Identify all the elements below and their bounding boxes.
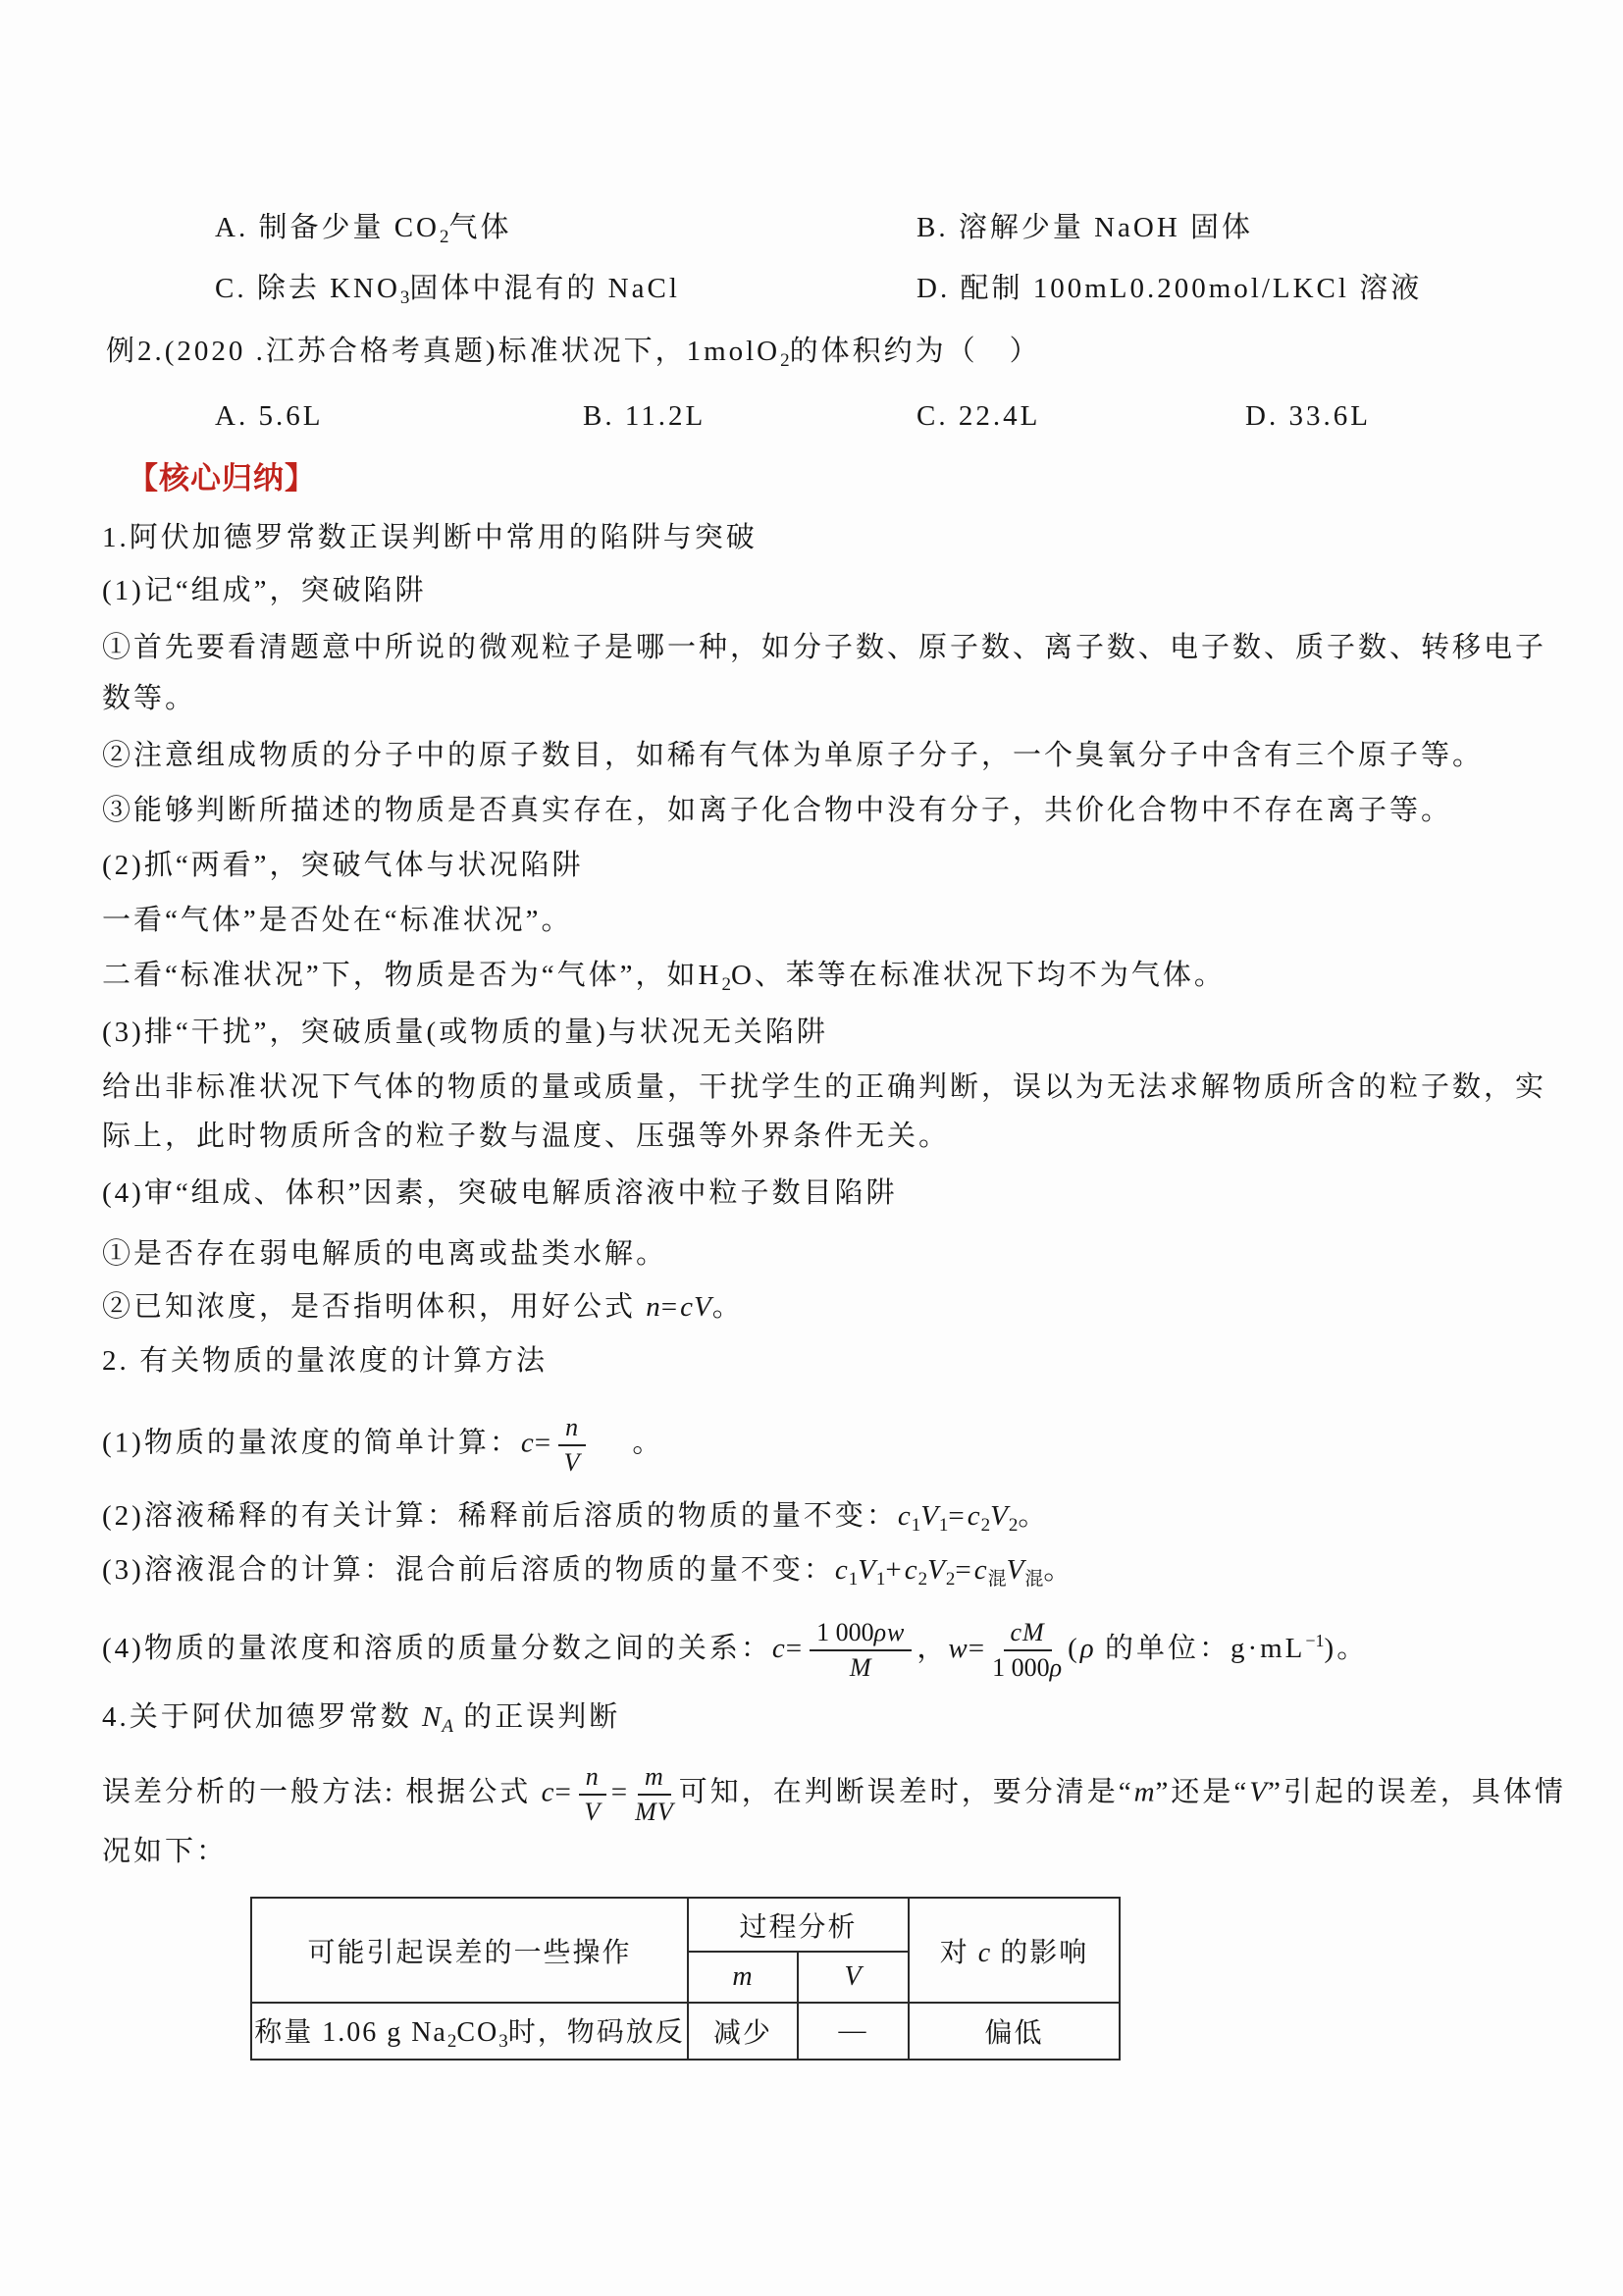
text-run: 误差分析的一般方法: 根据公式: [102, 1777, 542, 1808]
text-run: D. 33.6L: [1245, 400, 1371, 432]
variable: cV: [680, 1291, 712, 1323]
variable: c: [898, 1500, 912, 1532]
variable: V: [564, 1448, 581, 1477]
text-run: ①是否存在弱电解质的电离或盐类水解。: [102, 1238, 667, 1270]
option-d: D. 33.6L: [1245, 390, 1371, 443]
variable: c: [542, 1777, 555, 1808]
option-c: C. 除去 KNO3固体中混有的 NaCl: [215, 262, 680, 315]
table-cell-operation: 称量 1.06 g Na2CO3时，物码放反: [251, 2003, 688, 2060]
text-run: (4)物质的量浓度和溶质的质量分数之间的关系：: [102, 1633, 772, 1664]
formula-line: (2)溶液稀释的有关计算：稀释前后溶质的物质的量不变：c1V1=c2V2。: [102, 1489, 1544, 1542]
text-run: 的影响: [991, 1938, 1088, 1968]
text-run: ”引起的误差，具体情: [1268, 1777, 1566, 1808]
text-line: 1.阿伏加德罗常数正误判断中常用的陷阱与突破: [102, 511, 1544, 564]
text-run: 2. 有关物质的量浓度的计算方法: [102, 1345, 548, 1377]
subscript: 1: [912, 1515, 921, 1536]
fraction: 1 000ρwM: [810, 1618, 912, 1683]
text-run: 【核心归纳】: [128, 461, 316, 496]
variable: c: [905, 1554, 918, 1586]
subscript: 2: [447, 2031, 457, 2052]
text-run: (3)排“干扰”，突破质量(或物质的量)与状况无关陷阱: [102, 1017, 828, 1048]
text-run: =: [554, 1777, 573, 1808]
text-run: ③能够判断所描述的物质是否真实存在，如离子化合物中没有分子，共价化合物中不存在离…: [102, 795, 1452, 826]
text-line: (3)排“干扰”，突破质量(或物质的量)与状况无关陷阱: [102, 1006, 1544, 1059]
variable: V: [584, 1798, 601, 1826]
text-line: 况如下：: [102, 1825, 1544, 1878]
example1-options-row1: A. 制备少量 CO2气体B. 溶解少量 NaOH 固体: [102, 201, 1544, 254]
variable: c: [521, 1428, 535, 1459]
table-header-operations: 可能引起误差的一些操作: [251, 1898, 688, 2003]
variable: n: [586, 1762, 600, 1791]
text-run: 。: [1043, 1554, 1074, 1586]
document-page: A. 制备少量 CO2气体B. 溶解少量 NaOH 固体C. 除去 KNO3固体…: [0, 0, 1623, 2296]
table-row: 可能引起误差的一些操作过程分析对 c 的影响: [251, 1898, 1120, 1952]
variable: c: [772, 1633, 786, 1664]
text-run: =: [948, 1500, 967, 1532]
variable: ρw: [874, 1618, 906, 1646]
text-run: +: [885, 1554, 904, 1586]
text-run: C. 除去 KNO: [215, 273, 400, 304]
option-b: B. 溶解少量 NaOH 固体: [916, 201, 1253, 254]
text-run: 1 000: [992, 1653, 1050, 1682]
text-run: 减少: [713, 2018, 772, 2049]
variable: c: [978, 1938, 991, 1968]
text-run: CO: [456, 2017, 498, 2048]
text-run: =: [611, 1777, 630, 1808]
text-line: 2. 有关物质的量浓度的计算方法: [102, 1334, 1544, 1387]
fraction: nV: [579, 1762, 606, 1827]
text-run: =: [786, 1633, 805, 1664]
variable: V: [1007, 1554, 1025, 1586]
text-run: ，: [916, 1633, 948, 1664]
text-run: (4)审“组成、体积”因素，突破电解质溶液中粒子数目陷阱: [102, 1177, 898, 1209]
variable: MV: [635, 1798, 674, 1826]
text-run: 一看“气体”是否处在“标准状况”。: [102, 905, 573, 936]
text-run: O、苯等在标准状况下均不为气体。: [731, 960, 1226, 991]
text-run: 数等。: [102, 683, 196, 714]
text-line: 给出非标准状况下气体的物质的量或质量，干扰学生的正确判断，误以为无法求解物质所含…: [102, 1061, 1544, 1114]
subscript: 混: [1024, 1569, 1043, 1590]
option-d: D. 配制 100mL0.200mol/LKCl 溶液: [916, 262, 1422, 315]
option-a: A. 制备少量 CO2气体: [215, 201, 512, 254]
subscript: 1: [939, 1515, 949, 1536]
variable: c: [968, 1500, 981, 1532]
text-run: C. 22.4L: [916, 400, 1040, 432]
subscript: 1: [876, 1569, 886, 1590]
text-run: (2)溶液稀释的有关计算：稀释前后溶质的物质的量不变：: [102, 1500, 898, 1532]
error-analysis-table: 可能引起误差的一些操作过程分析对 c 的影响mV称量 1.06 g Na2CO3…: [250, 1897, 1121, 2061]
text-run: 称量 1.06 g Na: [254, 2017, 447, 2048]
text-run: 可知，在判断误差时，要分清是“: [679, 1777, 1134, 1808]
text-line: ③能够判断所描述的物质是否真实存在，如离子化合物中没有分子，共价化合物中不存在离…: [102, 784, 1544, 837]
variable: m: [1134, 1777, 1156, 1808]
text-line: 际上，此时物质所含的粒子数与温度、压强等外界条件无关。: [102, 1110, 1544, 1163]
text-run: 况如下：: [102, 1836, 228, 1867]
variable: w: [948, 1633, 968, 1664]
variable: n: [646, 1291, 661, 1323]
subscript: 1: [849, 1569, 859, 1590]
text-run: 对: [940, 1938, 978, 1968]
formula-line: ②已知浓度，是否指明体积，用好公式 n=cV。: [102, 1280, 1544, 1333]
option-c: C. 22.4L: [916, 390, 1040, 443]
text-run: =: [969, 1633, 987, 1664]
subscript: 2: [780, 350, 790, 371]
text-line: ①首先要看清题意中所说的微观粒子是哪一种，如分子数、原子数、离子数、电子数、质子…: [102, 621, 1544, 674]
subscript: 3: [498, 2031, 508, 2052]
text-run: 。: [1018, 1500, 1049, 1532]
subscript: 2: [1009, 1515, 1019, 1536]
variable: V: [1249, 1777, 1268, 1808]
subscript: 混: [988, 1569, 1007, 1590]
table-header-process-analysis: 过程分析: [688, 1898, 909, 1952]
table-row: 称量 1.06 g Na2CO3时，物码放反减少—偏低: [251, 2003, 1120, 2060]
text-run: 过程分析: [739, 1912, 857, 1943]
fraction: cM1 000ρ: [992, 1618, 1063, 1683]
text-run: 气体: [448, 212, 511, 243]
text-run: 4.关于阿伏加德罗常数: [102, 1701, 422, 1733]
variable: V: [927, 1554, 946, 1586]
variable: n: [565, 1413, 579, 1441]
fraction: nV: [558, 1413, 586, 1478]
variable: V: [858, 1554, 876, 1586]
subscript: 3: [400, 287, 410, 308]
formula-line: (4)物质的量浓度和溶质的质量分数之间的关系：c=1 000ρwM，w=cM1 …: [102, 1614, 1544, 1667]
text-run: (1)物质的量浓度的简单计算：: [102, 1428, 521, 1459]
text-line: (2)抓“两看”，突破气体与状况陷阱: [102, 839, 1544, 892]
text-run: B. 溶解少量 NaOH 固体: [916, 212, 1253, 243]
text-run: 的正误判断: [453, 1701, 620, 1733]
variable: m: [645, 1762, 664, 1791]
superscript: −1: [1305, 1631, 1324, 1650]
text-line: (1)记“组成”，突破陷阱: [102, 564, 1544, 617]
fraction: mMV: [635, 1762, 674, 1827]
formula-line: (1)物质的量浓度的简单计算：c=nV 。: [102, 1413, 1544, 1466]
text-run: 例2.(2020 .江苏合格考真题)标准状况下，1molO: [106, 336, 780, 367]
text-run: 可能引起误差的一些操作: [307, 1938, 631, 1968]
text-run: A. 5.6L: [215, 400, 323, 432]
table-subheader-m: m: [688, 1952, 798, 2003]
text-line: 4.关于阿伏加德罗常数 NA 的正误判断: [102, 1691, 1544, 1744]
text-line: 数等。: [102, 672, 1544, 725]
text-run: =: [535, 1428, 553, 1459]
example2-options: A. 5.6LB. 11.2LC. 22.4LD. 33.6L: [102, 390, 1544, 443]
text-line: 一看“气体”是否处在“标准状况”。: [102, 894, 1544, 947]
text-run: 偏低: [984, 2018, 1043, 2049]
section-header-core-summary: 【核心归纳】: [128, 452, 1570, 505]
text-line: ②注意组成物质的分子中的原子数目，如稀有气体为单原子分子，一个臭氧分子中含有三个…: [102, 729, 1544, 782]
variable: M: [850, 1653, 872, 1682]
variable: ρ: [1050, 1653, 1063, 1682]
text-run: ①首先要看清题意中所说的微观粒子是哪一种，如分子数、原子数、离子数、电子数、质子…: [102, 632, 1546, 663]
text-run: 二看“标准状况”下，物质是否为“气体”，如H: [102, 960, 721, 991]
text-run: (3)溶液混合的计算：混合前后溶质的物质的量不变：: [102, 1554, 835, 1586]
variable: c: [974, 1554, 988, 1586]
text-line: (4)审“组成、体积”因素，突破电解质溶液中粒子数目陷阱: [102, 1167, 1544, 1220]
variable: N: [422, 1701, 442, 1733]
text-run: (: [1068, 1633, 1080, 1664]
text-run: 时，物码放反: [508, 2017, 685, 2048]
table-cell-m-change: 减少: [688, 2003, 798, 2060]
text-run: —: [839, 2015, 868, 2046]
text-run: 1 000: [816, 1618, 874, 1646]
text-run: D. 配制 100mL0.200mol/LKCl 溶液: [916, 273, 1422, 304]
subscript: 2: [981, 1515, 991, 1536]
option-a: A. 5.6L: [215, 390, 323, 443]
text-run: A. 制备少量 CO: [215, 212, 440, 243]
text-run: =: [661, 1291, 680, 1323]
text-run: (1)记“组成”，突破陷阱: [102, 575, 427, 606]
subscript: 2: [721, 974, 731, 995]
text-run: 的体积约为（ ）: [790, 336, 1041, 367]
text-run: 际上，此时物质所含的粒子数与温度、压强等外界条件无关。: [102, 1121, 950, 1152]
table-subheader-v: V: [798, 1952, 909, 2003]
text-run: 的单位：g·mL: [1095, 1633, 1306, 1664]
text-run: 。: [712, 1291, 744, 1323]
text-line: 二看“标准状况”下，物质是否为“气体”，如H2O、苯等在标准状况下均不为气体。: [102, 949, 1544, 1002]
text-run: 。: [591, 1428, 663, 1459]
variable: V: [844, 1961, 862, 1992]
variable: V: [920, 1500, 939, 1532]
text-run: ②注意组成物质的分子中的原子数目，如稀有气体为单原子分子，一个臭氧分子中含有三个…: [102, 740, 1484, 771]
text-run: )。: [1325, 1633, 1369, 1664]
table-header-effect-on-c: 对 c 的影响: [909, 1898, 1120, 2003]
example2-question: 例2.(2020 .江苏合格考真题)标准状况下，1molO2的体积约为（ ）: [106, 325, 1548, 378]
table-cell-v-change: —: [798, 2003, 909, 2060]
table-cell-effect: 偏低: [909, 2003, 1120, 2060]
variable: m: [732, 1961, 753, 1992]
text-run: =: [955, 1554, 973, 1586]
text-run: (2)抓“两看”，突破气体与状况陷阱: [102, 850, 584, 881]
subscript: A: [442, 1716, 453, 1737]
text-run: ”还是“: [1156, 1777, 1250, 1808]
variable: c: [835, 1554, 849, 1586]
text-run: B. 11.2L: [583, 400, 706, 432]
text-line: ①是否存在弱电解质的电离或盐类水解。: [102, 1227, 1544, 1280]
text-run: ②已知浓度，是否指明体积，用好公式: [102, 1291, 646, 1323]
variable: cM: [1011, 1618, 1045, 1646]
variable: V: [990, 1500, 1009, 1532]
subscript: 2: [946, 1569, 956, 1590]
text-run: 给出非标准状况下气体的物质的量或质量，干扰学生的正确判断，误以为无法求解物质所含…: [102, 1071, 1546, 1103]
subscript: 2: [918, 1569, 928, 1590]
variable: ρ: [1080, 1633, 1095, 1664]
text-run: 1.阿伏加德罗常数正误判断中常用的陷阱与突破: [102, 522, 758, 553]
example1-options-row2: C. 除去 KNO3固体中混有的 NaClD. 配制 100mL0.200mol…: [102, 262, 1544, 315]
option-b: B. 11.2L: [583, 390, 706, 443]
formula-line: 误差分析的一般方法: 根据公式 c=nV=mMV可知，在判断误差时，要分清是“m…: [102, 1762, 1544, 1815]
text-run: 固体中混有的 NaCl: [409, 273, 679, 304]
formula-line: (3)溶液混合的计算：混合前后溶质的物质的量不变：c1V1+c2V2=c混V混。: [102, 1543, 1544, 1596]
